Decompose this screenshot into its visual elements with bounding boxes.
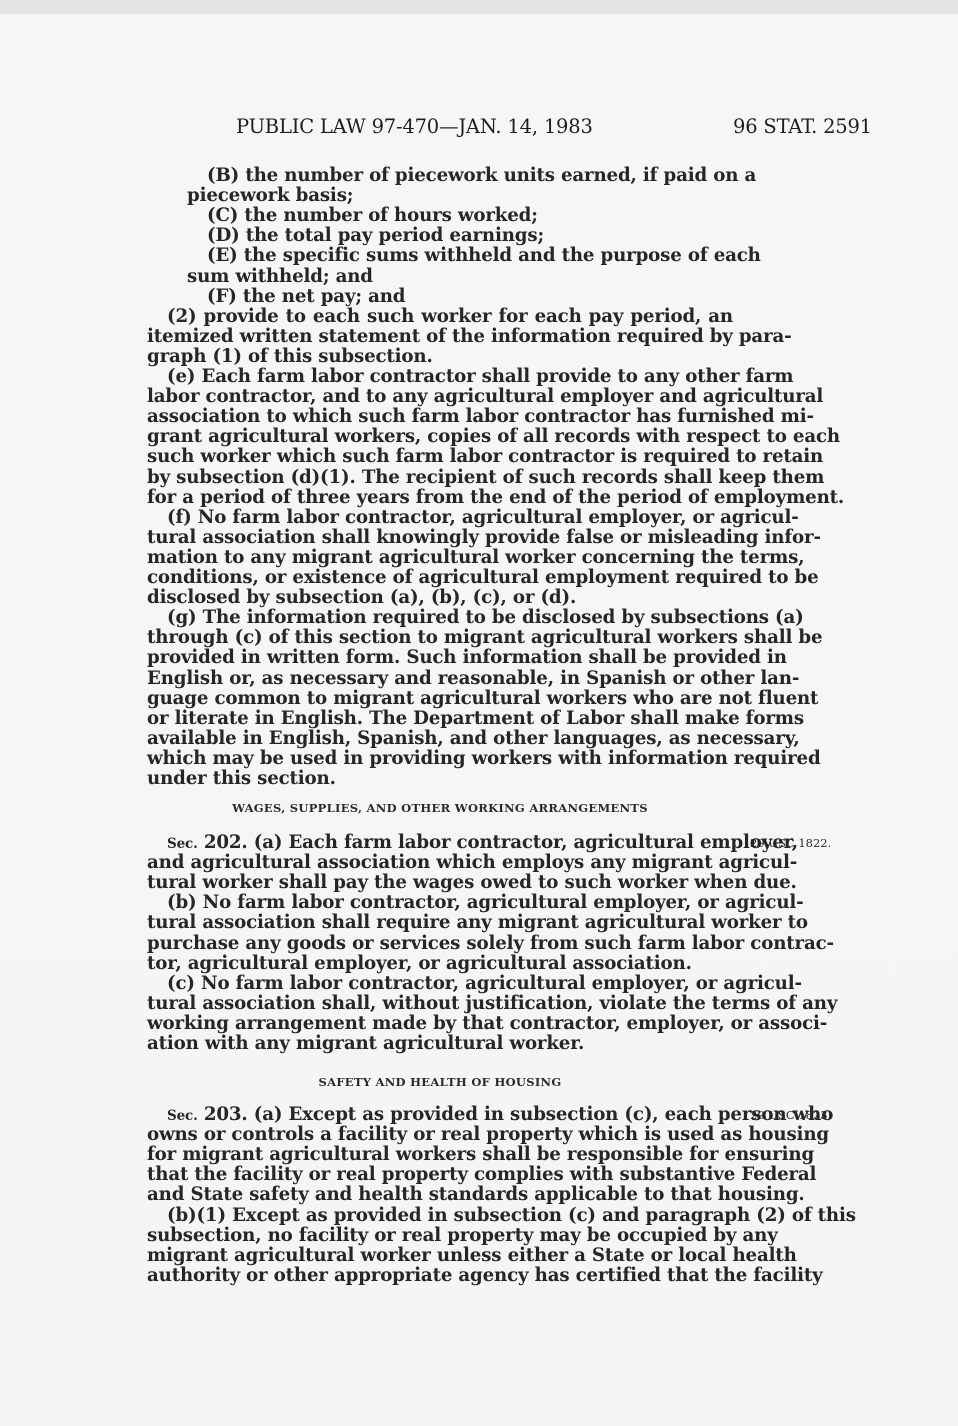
text-line: tural worker shall pay the wages owed to…	[147, 873, 733, 892]
text-line: labor contractor, and to any agricultura…	[147, 387, 733, 406]
text-line: and State safety and health standards ap…	[147, 1185, 733, 1204]
text-line: available in English, Spanish, and other…	[147, 729, 733, 748]
section-label: Sec.	[167, 836, 198, 852]
text-line-content: 202. (a) Each farm labor contractor, agr…	[198, 832, 798, 853]
text-line: (f) No farm labor contractor, agricultur…	[167, 508, 733, 527]
text-line: purchase any goods or services solely fr…	[147, 934, 733, 953]
text-line: conditions, or existence of agricultural…	[147, 568, 733, 587]
text-line: association to which such farm labor con…	[147, 407, 733, 426]
text-line: (c) No farm labor contractor, agricultur…	[167, 974, 733, 993]
text-line: sum withheld; and	[187, 267, 733, 286]
text-line: tural association shall knowingly provid…	[147, 528, 733, 547]
text-line: grant agricultural workers, copies of al…	[147, 427, 733, 446]
text-line: owns or controls a facility or real prop…	[147, 1125, 733, 1144]
section-heading-housing: SAFETY AND HEALTH OF HOUSING	[147, 1075, 733, 1089]
text-line: such worker which such farm labor contra…	[147, 447, 733, 466]
text-line: or literate in English. The Department o…	[147, 709, 733, 728]
scan-top-edge	[0, 0, 958, 14]
text-line: Sec. 202. (a) Each farm labor contractor…	[167, 833, 733, 854]
text-line: (D) the total pay period earnings;	[207, 226, 733, 245]
text-line: (2) provide to each such worker for each…	[167, 307, 733, 326]
text-line: and agricultural association which emplo…	[147, 853, 733, 872]
text-line: guage common to migrant agricultural wor…	[147, 689, 733, 708]
text-line: under this section.	[147, 769, 733, 788]
text-line: authority or other appropriate agency ha…	[147, 1266, 733, 1285]
text-line: that the facility or real property compl…	[147, 1165, 733, 1184]
section-heading-wages: WAGES, SUPPLIES, AND OTHER WORKING ARRAN…	[147, 801, 733, 815]
text-line: mation to any migrant agricultural worke…	[147, 548, 733, 567]
scanned-page: PUBLIC LAW 97-470—JAN. 14, 1983 96 STAT.…	[0, 0, 958, 1426]
section-label: Sec.	[167, 1108, 198, 1124]
text-line: for a period of three years from the end…	[147, 488, 733, 507]
text-line: tural association shall, without justifi…	[147, 994, 733, 1013]
text-line: provided in written form. Such informati…	[147, 648, 733, 667]
text-line: which may be used in providing workers w…	[147, 749, 733, 768]
text-line: (C) the number of hours worked;	[207, 206, 733, 225]
text-line-content: 203. (a) Except as provided in subsectio…	[198, 1104, 834, 1125]
text-line: English or, as necessary and reasonable,…	[147, 669, 733, 688]
page-header-stat: 96 STAT. 2591	[733, 115, 872, 138]
text-line: by subsection (d)(1). The recipient of s…	[147, 468, 733, 487]
text-line: (B) the number of piecework units earned…	[207, 166, 733, 185]
text-line: (b)(1) Except as provided in subsection …	[167, 1206, 733, 1225]
text-line: (g) The information required to be discl…	[167, 608, 733, 627]
text-line: tor, agricultural employer, or agricultu…	[147, 954, 733, 973]
text-line: (e) Each farm labor contractor shall pro…	[167, 367, 733, 386]
text-line: ation with any migrant agricultural work…	[147, 1034, 733, 1053]
text-line: (b) No farm labor contractor, agricultur…	[167, 893, 733, 912]
text-line: (F) the net pay; and	[207, 287, 733, 306]
text-line: (E) the specific sums withheld and the p…	[207, 246, 733, 265]
page-header-title: PUBLIC LAW 97-470—JAN. 14, 1983	[236, 115, 593, 138]
text-line: subsection, no facility or real property…	[147, 1226, 733, 1245]
text-line: Sec. 203. (a) Except as provided in subs…	[167, 1105, 733, 1126]
text-line: graph (1) of this subsection.	[147, 347, 733, 366]
text-line: tural association shall require any migr…	[147, 913, 733, 932]
text-line: piecework basis;	[187, 186, 733, 205]
text-line: itemized written statement of the inform…	[147, 327, 733, 346]
text-line: through (c) of this section to migrant a…	[147, 628, 733, 647]
text-line: disclosed by subsection (a), (b), (c), o…	[147, 588, 733, 607]
text-line: working arrangement made by that contrac…	[147, 1014, 733, 1033]
text-line: for migrant agricultural workers shall b…	[147, 1145, 733, 1164]
text-line: migrant agricultural worker unless eithe…	[147, 1246, 733, 1265]
